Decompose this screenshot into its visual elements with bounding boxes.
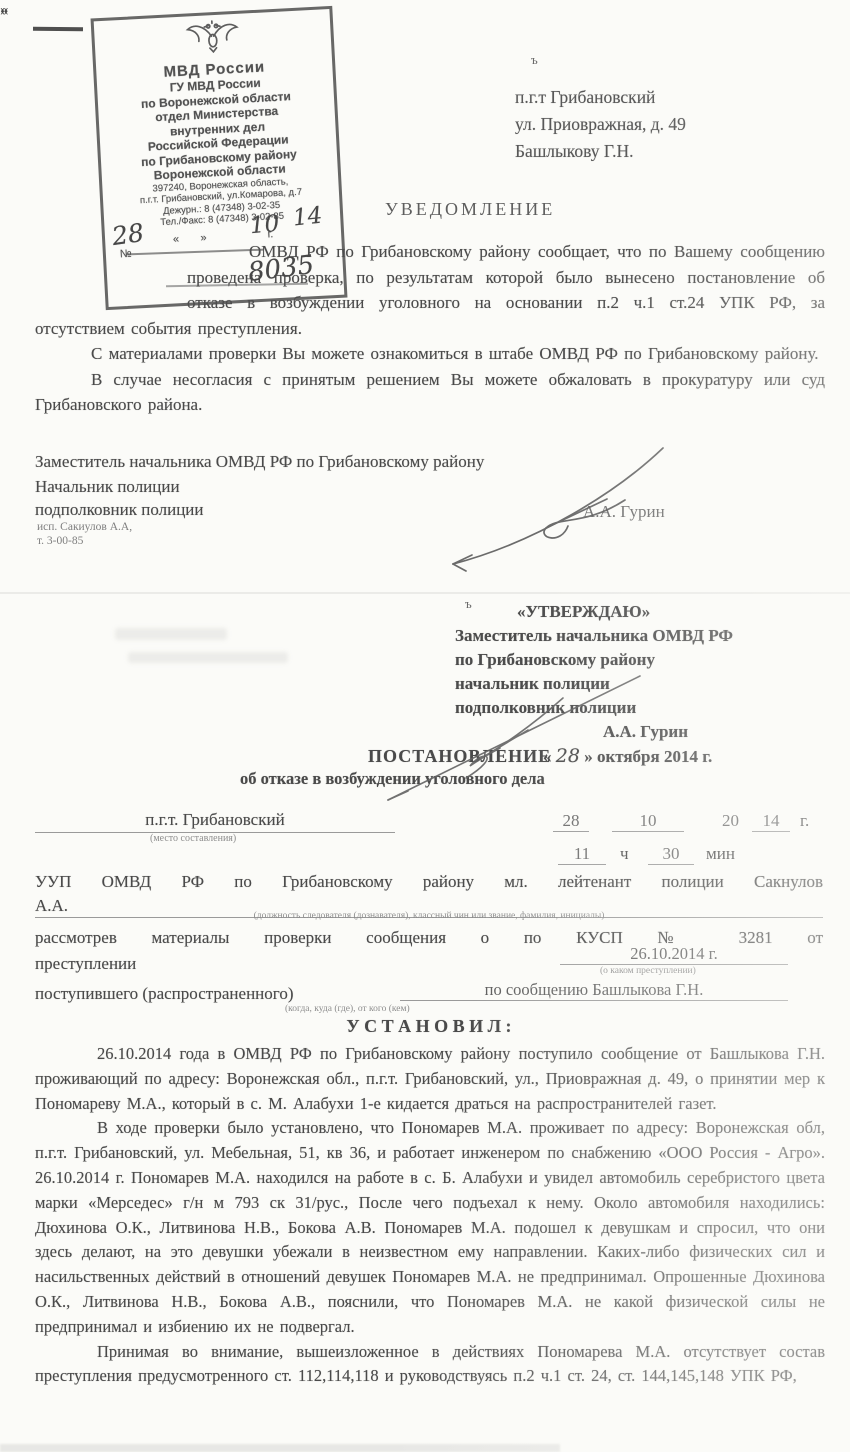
recipient-name: Башлыкову Г.Н. bbox=[515, 138, 686, 165]
signer-rank-line: Начальник полиции bbox=[35, 477, 180, 497]
faint-ink-smudge bbox=[115, 628, 227, 640]
notification-title: УВЕДОМЛЕНИЕ bbox=[385, 199, 555, 220]
signature-stroke bbox=[425, 438, 675, 578]
received-label: поступившего (распространенного) bbox=[35, 984, 293, 1004]
notification-paragraph: С материалами проверки Вы можете ознаком… bbox=[35, 341, 825, 367]
recipient-address-block: п.г.т Грибановский ул. Приовражная, д. 4… bbox=[515, 84, 686, 165]
page-fold-line bbox=[0, 592, 850, 594]
place-of-drafting-field: п.г.т. Грибановский bbox=[35, 810, 395, 833]
notification-paragraph: В случае несогласия с принятым решением … bbox=[35, 367, 825, 418]
resolution-paragraph: 26.10.2014 года в ОМВД РФ по Грибановско… bbox=[35, 1042, 825, 1116]
resolution-paragraph: Принимая во внимание, вышеизложенное в д… bbox=[35, 1340, 825, 1390]
recipient-town: п.г.т Грибановский bbox=[515, 84, 686, 111]
date-close-quote: » bbox=[0, 0, 9, 20]
handwritten-month: 10 bbox=[249, 211, 280, 239]
time-hour-label: ч bbox=[620, 844, 629, 864]
signer-rank-line: подполковник полиции bbox=[35, 500, 204, 520]
date-year-field: 14 bbox=[752, 811, 790, 832]
date-century: 20 bbox=[722, 811, 739, 831]
corner-dash-mark bbox=[33, 27, 83, 32]
resolution-paragraph: В ходе проверки было установлено, что По… bbox=[35, 1116, 825, 1339]
recipient-street: ул. Приовражная, д. 49 bbox=[515, 111, 686, 138]
handwritten-year: 14 bbox=[292, 203, 324, 232]
crime-caption: (о каком преступлении) bbox=[600, 966, 696, 976]
place-caption: (место составления) bbox=[150, 833, 236, 844]
officer-caption: (должность следователя (дознавателя), кл… bbox=[35, 911, 823, 921]
crime-label: преступлении bbox=[35, 954, 136, 974]
executor-name: исп. Сакиулов А.А, bbox=[37, 521, 132, 533]
received-source-field: по сообщению Башлыкова Г.Н. bbox=[400, 980, 788, 1001]
received-caption: (когда, куда (где), от кого (кем) bbox=[285, 1004, 410, 1014]
signer-position-line: Заместитель начальника ОМВД РФ по Грибан… bbox=[35, 452, 484, 472]
handwritten-day: 28 bbox=[110, 218, 146, 251]
date-suffix: г. bbox=[800, 811, 809, 831]
scan-stray-mark: ъ bbox=[531, 52, 538, 68]
date-month-field: 10 bbox=[612, 811, 684, 832]
approval-heading: «УТВЕРЖДАЮ» bbox=[455, 600, 795, 624]
time-hour-field: 11 bbox=[558, 844, 606, 865]
faint-ink-smudge bbox=[128, 652, 288, 663]
mvd-eagle-emblem-icon bbox=[184, 16, 242, 57]
scanned-document-page: МВД России ГУ МВД России по Воронежской … bbox=[0, 0, 850, 1452]
approval-line: Заместитель начальника ОМВД РФ bbox=[455, 624, 795, 648]
signature-stroke bbox=[378, 668, 648, 810]
officer-line: УУП ОМВД РФ по Грибановскому району мл. … bbox=[35, 872, 823, 892]
crime-date-field: 26.10.2014 г. bbox=[560, 944, 788, 965]
resolved-heading: У С Т А Н О В И Л : bbox=[35, 1016, 823, 1037]
executor-phone: т. 3-00-85 bbox=[37, 535, 83, 547]
resolution-body: 26.10.2014 года в ОМВД РФ по Грибановско… bbox=[35, 1042, 825, 1389]
time-minute-field: 30 bbox=[648, 844, 694, 865]
date-day-field: 28 bbox=[553, 811, 589, 832]
time-minute-label: мин bbox=[706, 844, 735, 864]
scan-bottom-smudge bbox=[0, 1444, 560, 1452]
